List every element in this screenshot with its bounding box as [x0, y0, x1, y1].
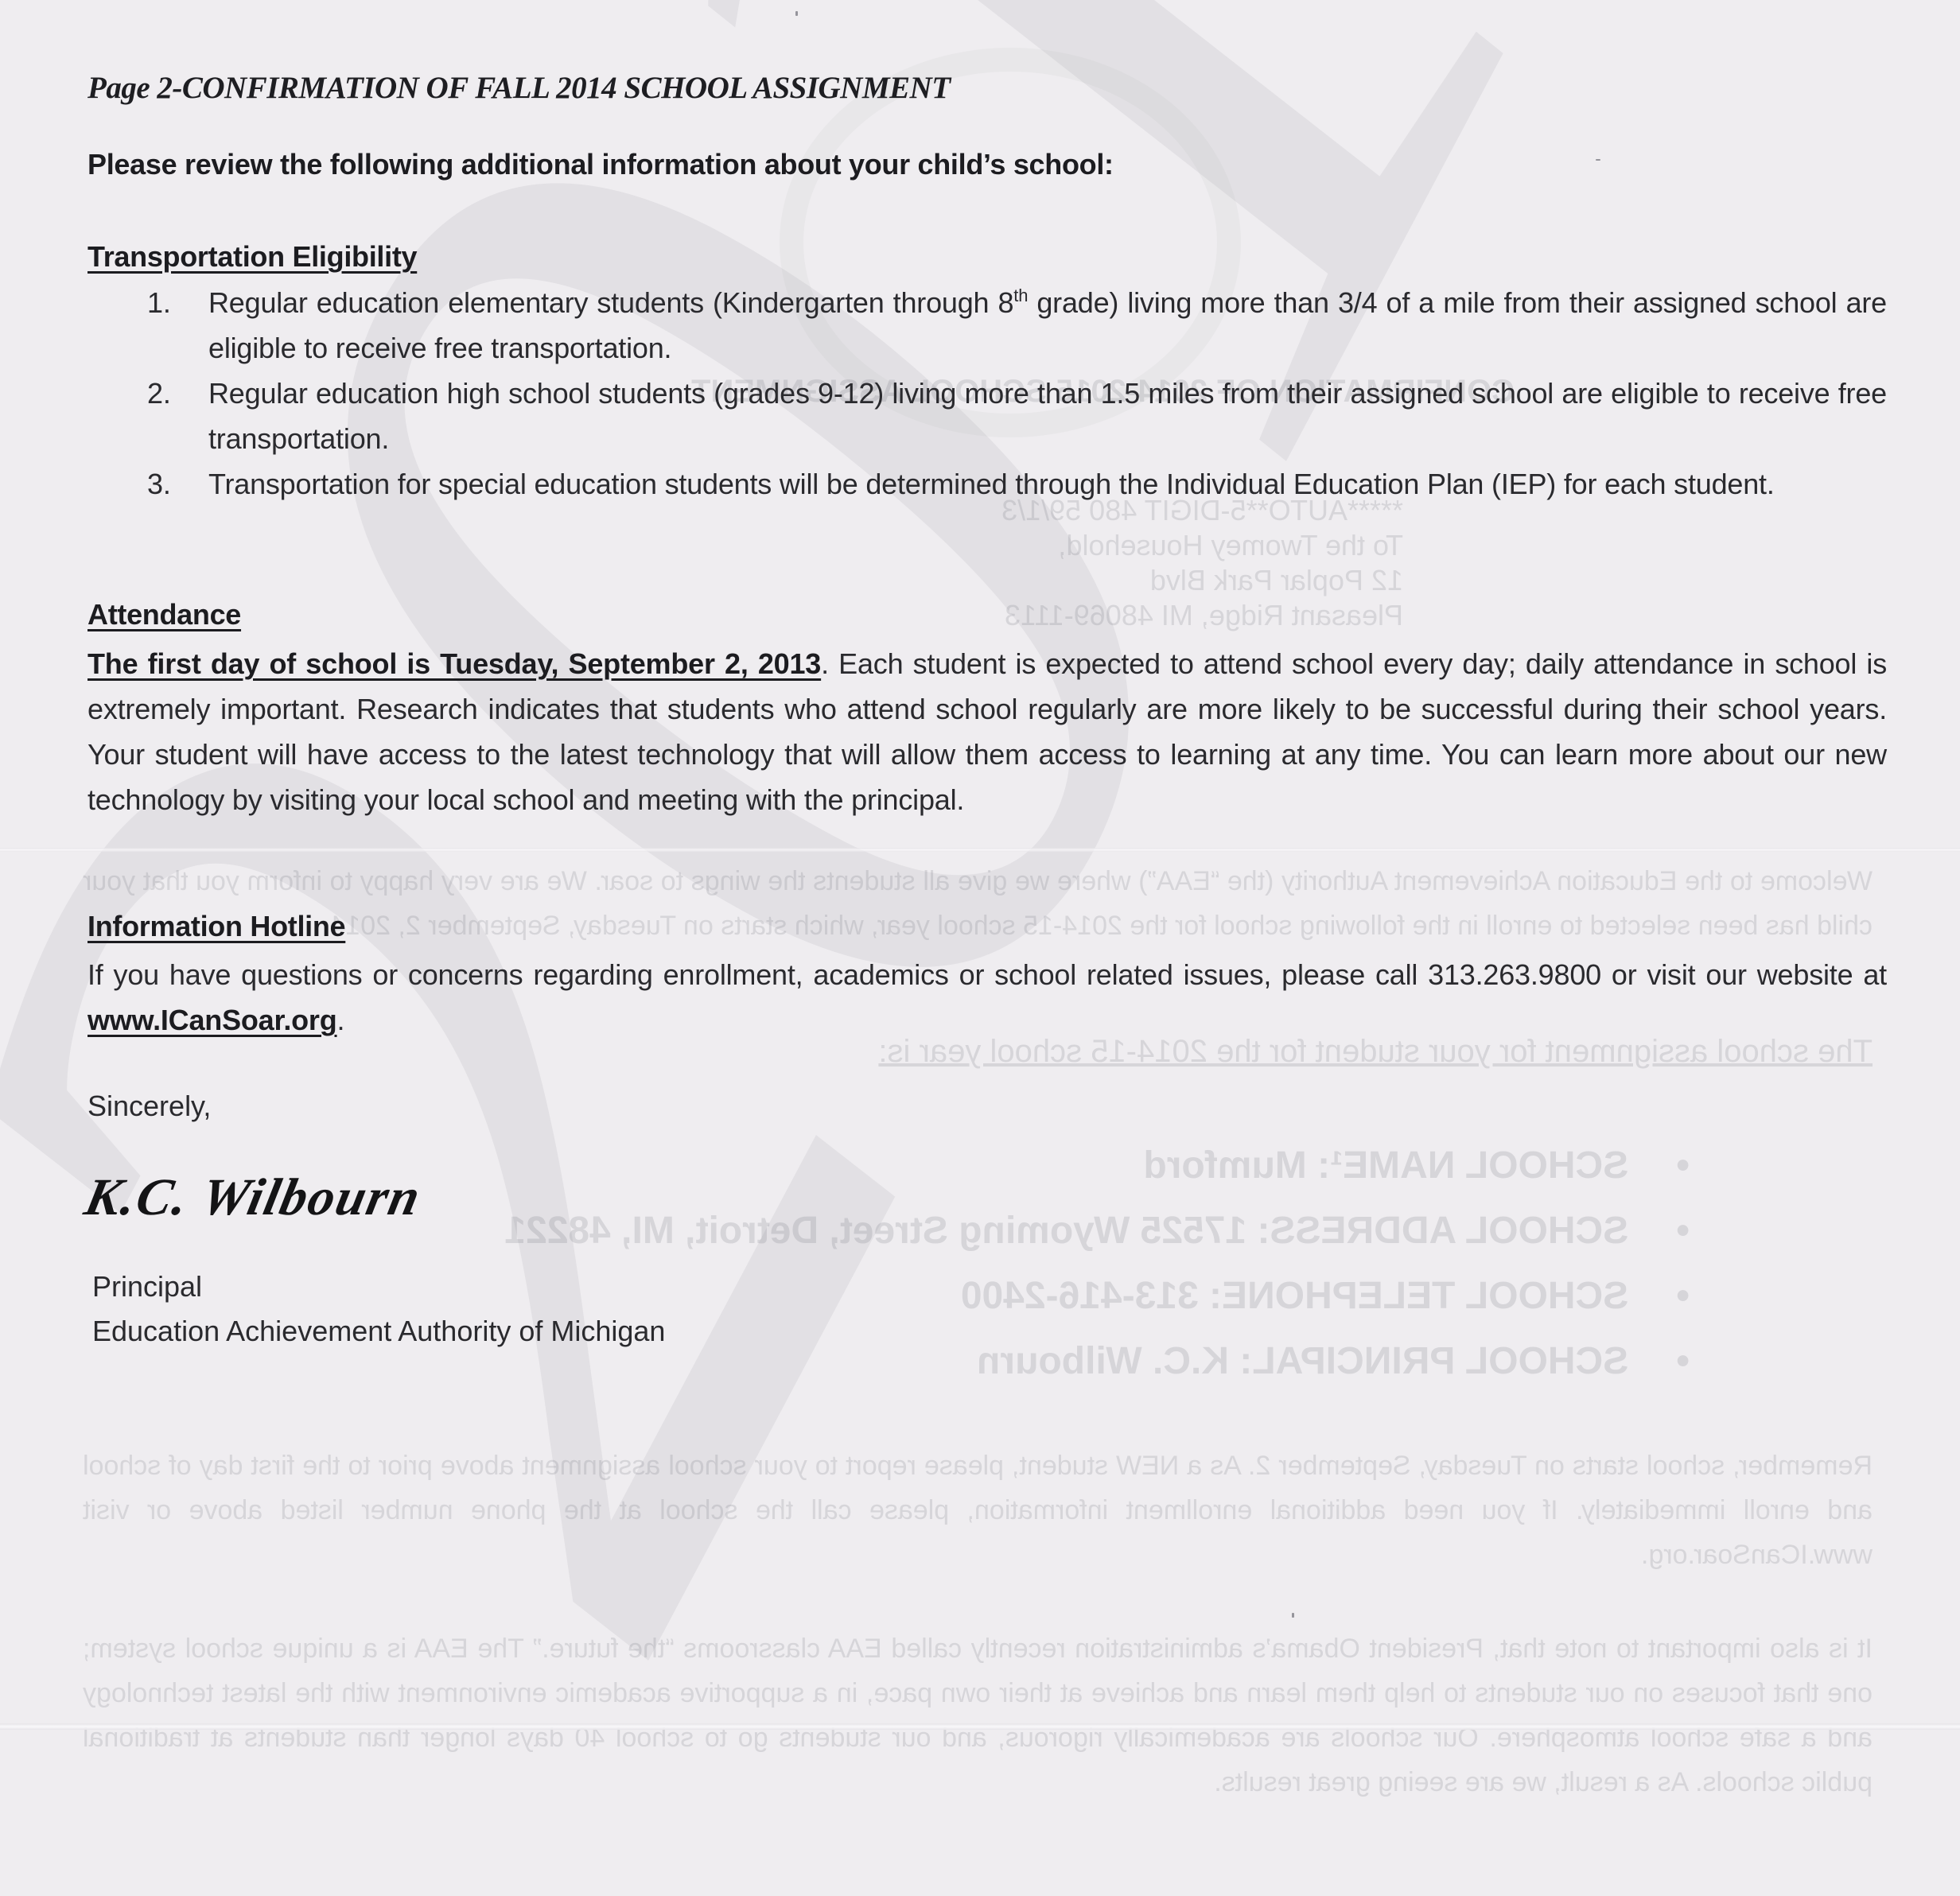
closing-salutation: Sincerely, — [87, 1090, 211, 1123]
list-number: 1. — [147, 280, 171, 325]
bleed-reminder: Remember, school starts on Tuesday, Sept… — [83, 1443, 1872, 1577]
page-title: Page 2-CONFIRMATION OF FALL 2014 SCHOOL … — [87, 70, 951, 106]
list-number: 2. — [147, 371, 171, 416]
scan-speck — [795, 11, 798, 16]
scan-speck — [1596, 159, 1600, 161]
hotline-body: If you have questions or concerns regard… — [87, 958, 1887, 991]
bleed-bullet: SCHOOL NAME¹: Mumford — [504, 1133, 1690, 1199]
hotline-paragraph: If you have questions or concerns regard… — [87, 952, 1887, 1043]
list-item-text: Regular education elementary students (K… — [208, 286, 1013, 319]
list-item-text: Regular education high school students (… — [208, 377, 1887, 455]
hotline-heading: Information Hotline — [87, 910, 345, 943]
bleed-address-line: To the Twomey Household, — [1058, 528, 1403, 563]
bleed-bullet: SCHOOL TELEPHONE: 313-416-2400 — [504, 1264, 1690, 1329]
ordinal-suffix: th — [1013, 286, 1028, 305]
first-day-date: The first day of school is Tuesday, Sept… — [87, 647, 821, 680]
website-link[interactable]: www.ICanSoar.org — [87, 1004, 337, 1036]
signatory-block: Principal Education Achievement Authorit… — [92, 1265, 665, 1354]
bleed-bullets: SCHOOL NAME¹: Mumford SCHOOL ADDRESS: 17… — [504, 1133, 1690, 1394]
list-item: 2. Regular education high school student… — [87, 371, 1887, 461]
letter-page: 2014 CONFIRMATION OF 2014-2015 SCHOOL AS… — [0, 0, 1960, 1896]
list-item: 1. Regular education elementary students… — [87, 280, 1887, 371]
bleed-bullet: SCHOOL PRINCIPAL: K.C. Wilbourn — [504, 1329, 1690, 1394]
transportation-heading: Transportation Eligibility — [87, 240, 417, 274]
attendance-heading: Attendance — [87, 598, 241, 631]
bleed-note: It is also important to note that, Presi… — [83, 1626, 1872, 1805]
signatory-role: Principal — [92, 1265, 665, 1309]
bleed-address-line: 12 Poplar Park Blvd — [1150, 563, 1403, 598]
hotline-period: . — [337, 1004, 345, 1036]
list-item: 3. Transportation for special education … — [87, 461, 1887, 507]
attendance-paragraph: The first day of school is Tuesday, Sept… — [87, 641, 1887, 822]
signatory-organization: Education Achievement Authority of Michi… — [92, 1309, 665, 1354]
intro-text: Please review the following additional i… — [87, 148, 1114, 181]
signature: K.C. Wilbourn — [80, 1168, 427, 1228]
scan-speck — [1292, 1613, 1294, 1618]
transportation-list: 1. Regular education elementary students… — [87, 280, 1887, 507]
bleed-welcome: Welcome to the Education Achievement Aut… — [83, 859, 1872, 948]
paper-fold-line — [0, 1723, 1960, 1730]
paper-fold-line — [0, 848, 1960, 852]
bleed-address-line: Pleasant Ridge, MI 48069-1113 — [1005, 598, 1403, 633]
bleed-bullet: SCHOOL ADDRESS: 17525 Wyoming Street, De… — [504, 1199, 1690, 1264]
list-number: 3. — [147, 461, 171, 507]
list-item-text: Transportation for special education stu… — [208, 468, 1775, 500]
